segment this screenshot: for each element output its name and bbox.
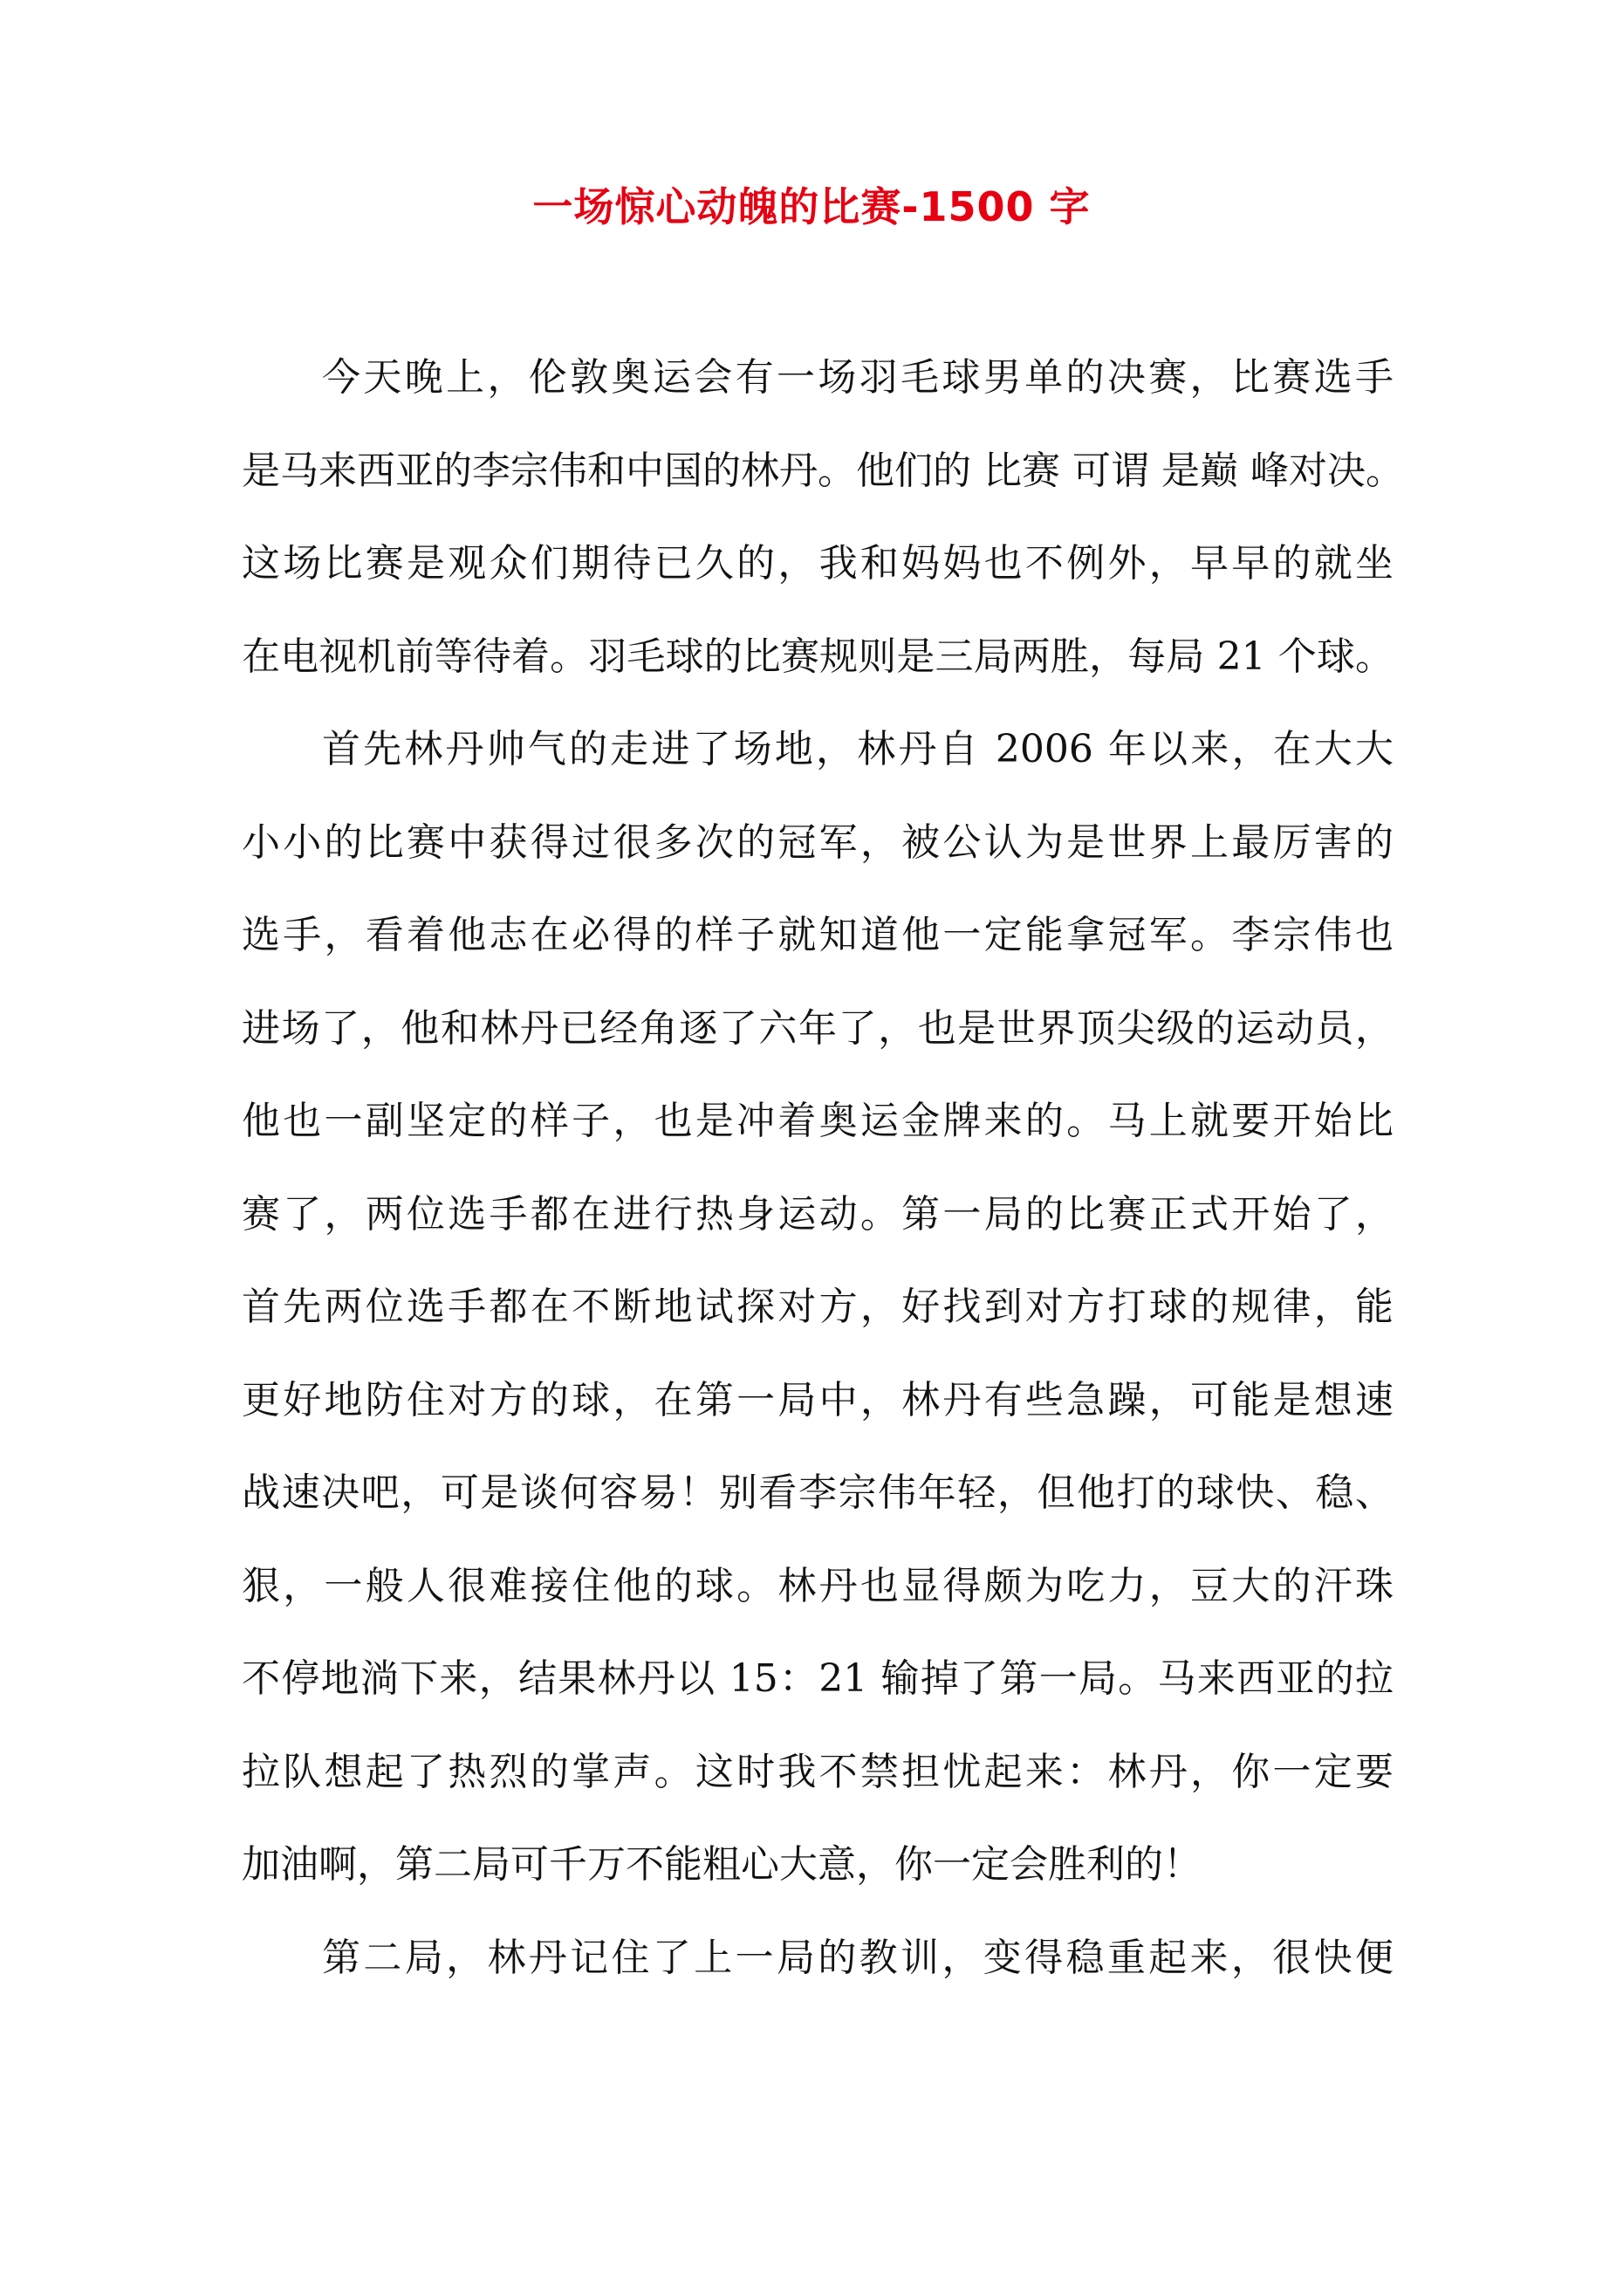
text-line: 首先林丹帅气的走进了场地，林丹自 2006 年以来，在大大 xyxy=(242,703,1394,797)
text-line: 不停地淌下来，结果林丹以 15：21 输掉了第一局。马来西亚的拉 xyxy=(242,1633,1394,1726)
text-line: 狠，一般人很难接住他的球。林丹也显得颇为吃力，豆大的汗珠 xyxy=(242,1540,1394,1634)
text-line: 更好地防住对方的球，在第一局中，林丹有些急躁，可能是想速 xyxy=(242,1354,1394,1448)
text-line: 拉队想起了热烈的掌声。这时我不禁担忧起来：林丹，你一定要 xyxy=(242,1726,1394,1820)
text-line: 这场比赛是观众们期待已久的，我和妈妈也不例外，早早的就坐 xyxy=(242,517,1394,611)
text-line: 他也一副坚定的样子，也是冲着奥运金牌来的。马上就要开始比 xyxy=(242,1075,1394,1169)
paragraph-2: 首先林丹帅气的走进了场地，林丹自 2006 年以来，在大大 小小的比赛中获得过很… xyxy=(242,703,1394,1912)
paragraph-3: 第二局，林丹记住了上一局的教训，变得稳重起来，很快便 xyxy=(242,1912,1394,2005)
paragraph-1: 今天晚上，伦敦奥运会有一场羽毛球男单的决赛，比赛选手 是马来西亚的李宗伟和中国的… xyxy=(242,332,1394,703)
text-line: 选手，看着他志在必得的样子就知道他一定能拿冠军。李宗伟也 xyxy=(242,889,1394,983)
text-line: 战速决吧，可是谈何容易！别看李宗伟年轻，但他打的球快、稳、 xyxy=(242,1447,1394,1540)
document-title: 一场惊心动魄的比赛-1500 字 xyxy=(0,176,1623,237)
text-line: 赛了，两位选手都在进行热身运动。第一局的比赛正式开始了， xyxy=(242,1169,1394,1262)
text-line: 第二局，林丹记住了上一局的教训，变得稳重起来，很快便 xyxy=(242,1912,1394,2005)
text-line: 首先两位选手都在不断地试探对方，好找到对方打球的规律，能 xyxy=(242,1261,1394,1354)
text-line: 小小的比赛中获得过很多次的冠军，被公认为是世界上最厉害的 xyxy=(242,797,1394,890)
document-body: 今天晚上，伦敦奥运会有一场羽毛球男单的决赛，比赛选手 是马来西亚的李宗伟和中国的… xyxy=(242,332,1394,2005)
text-line: 在电视机前等待着。羽毛球的比赛规则是三局两胜，每局 21 个球。 xyxy=(242,611,1394,704)
text-line: 进场了，他和林丹已经角逐了六年了，也是世界顶尖级的运动员， xyxy=(242,983,1394,1076)
text-line: 加油啊，第二局可千万不能粗心大意，你一定会胜利的！ xyxy=(242,1819,1394,1912)
text-line: 是马来西亚的李宗伟和中国的林丹。他们的 比赛 可谓 是巅 峰对决。 xyxy=(242,425,1394,518)
text-line: 今天晚上，伦敦奥运会有一场羽毛球男单的决赛，比赛选手 xyxy=(242,332,1394,425)
document-page: 一场惊心动魄的比赛-1500 字 今天晚上，伦敦奥运会有一场羽毛球男单的决赛，比… xyxy=(0,0,1623,2296)
